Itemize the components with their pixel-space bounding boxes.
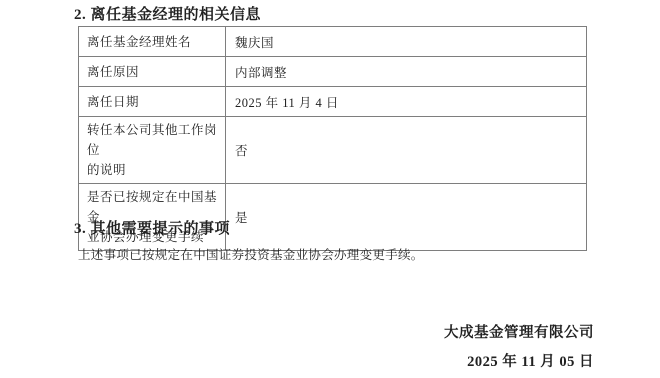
table-row: 离任基金经理姓名魏庆国 bbox=[79, 27, 587, 57]
row-value: 2025 年 11 月 4 日 bbox=[226, 87, 587, 117]
row-value: 内部调整 bbox=[226, 57, 587, 87]
other-notes-paragraph: 上述事项已按规定在中国证券投资基金业协会办理变更手续。 bbox=[78, 245, 424, 263]
row-label: 转任本公司其他工作岗位 的说明 bbox=[79, 117, 226, 184]
document-page: 2. 离任基金经理的相关信息 离任基金经理姓名魏庆国离任原因内部调整离任日期20… bbox=[0, 0, 660, 378]
section-2-title: 2. 离任基金经理的相关信息 bbox=[74, 3, 261, 24]
company-signature: 大成基金管理有限公司 bbox=[444, 321, 594, 342]
row-value: 魏庆国 bbox=[226, 27, 587, 57]
section-3-title: 3. 其他需要提示的事项 bbox=[74, 217, 230, 238]
signature-date: 2025 年 11 月 05 日 bbox=[467, 350, 594, 371]
table-row: 离任日期2025 年 11 月 4 日 bbox=[79, 87, 587, 117]
row-value: 否 bbox=[226, 117, 587, 184]
table-row: 转任本公司其他工作岗位 的说明否 bbox=[79, 117, 587, 184]
row-label: 离任日期 bbox=[79, 87, 226, 117]
row-label: 离任基金经理姓名 bbox=[79, 27, 226, 57]
table-row: 离任原因内部调整 bbox=[79, 57, 587, 87]
row-value: 是 bbox=[226, 184, 587, 251]
row-label: 离任原因 bbox=[79, 57, 226, 87]
